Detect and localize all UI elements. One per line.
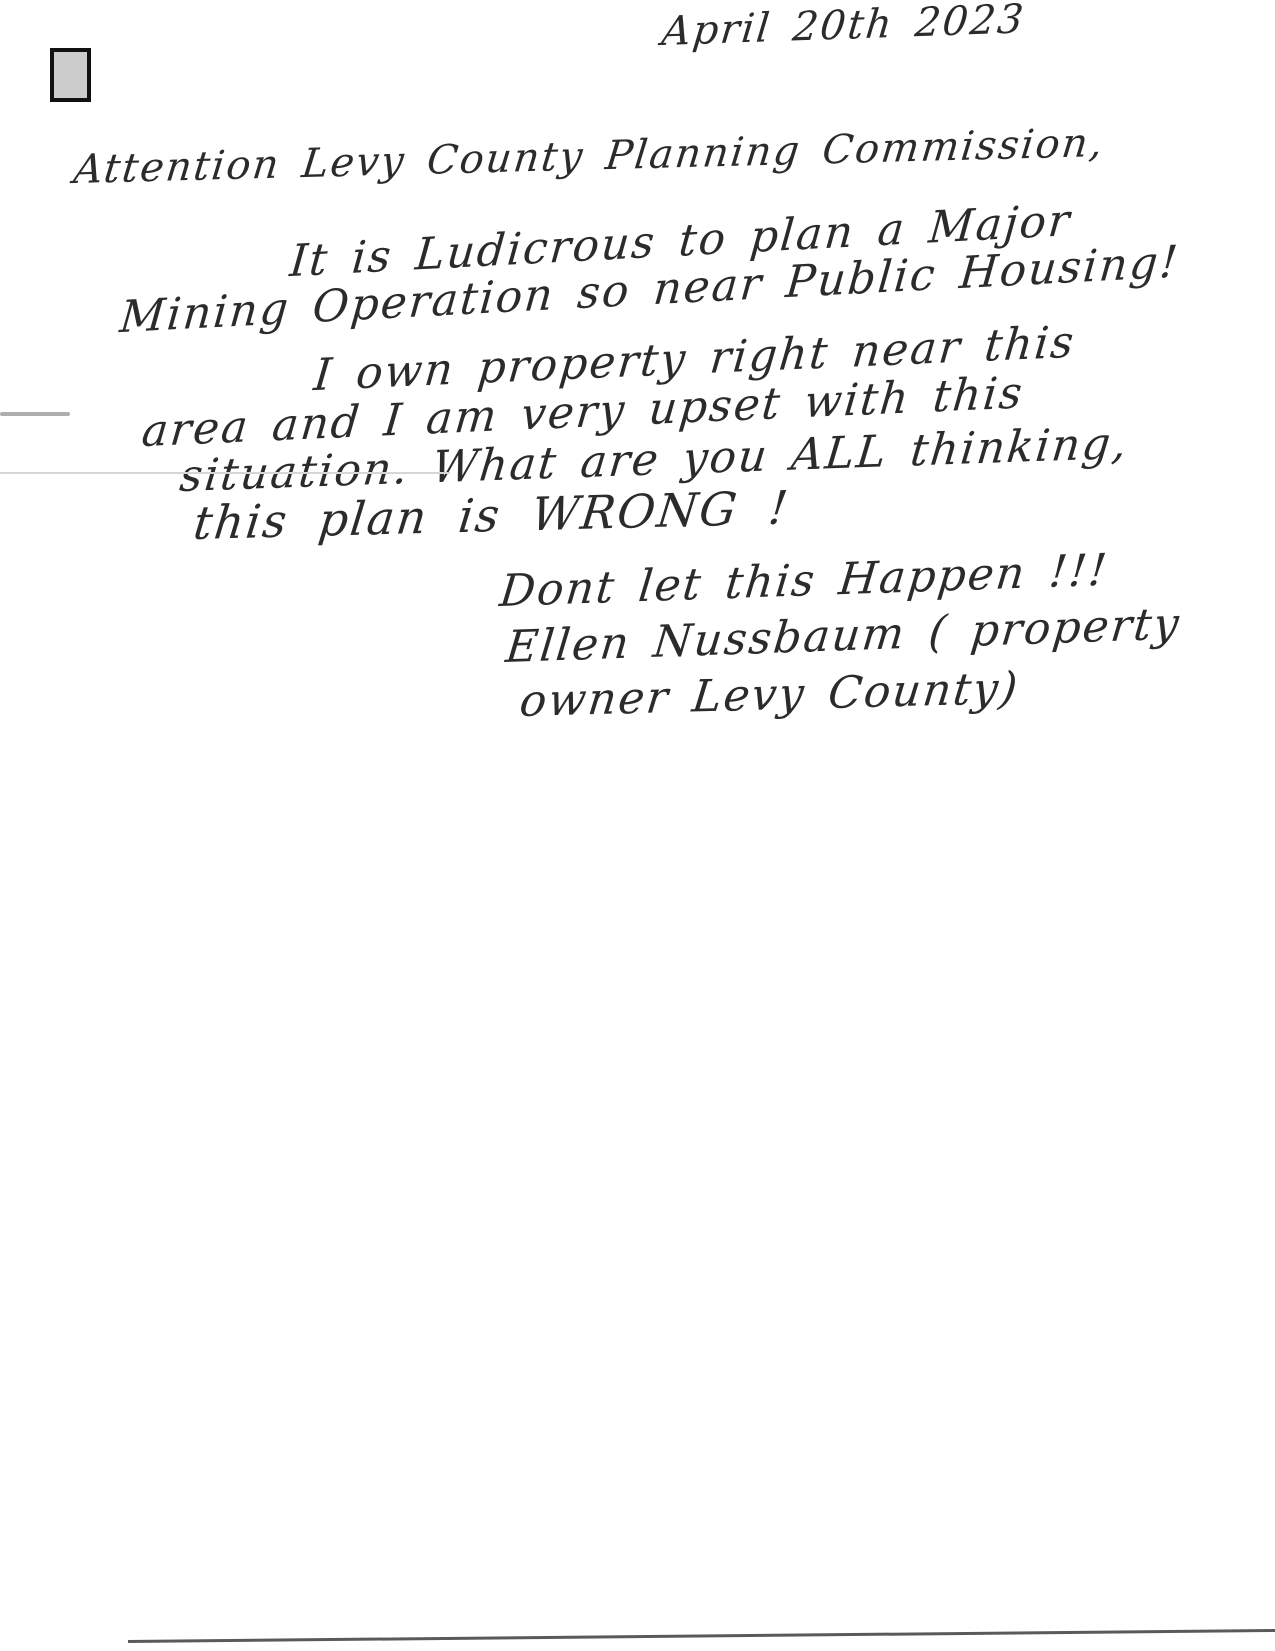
salutation-line: Attention Levy County Planning Commissio…: [72, 123, 1107, 190]
body-line: this plan is WRONG !: [191, 484, 792, 546]
date-line: April 20th 2023: [660, 0, 1027, 52]
signature-line: owner Levy County): [517, 667, 1021, 724]
scan-artifact-box: [50, 48, 91, 102]
scan-bottom-edge-line: [128, 1629, 1275, 1643]
scan-crease-line: [0, 472, 450, 474]
scan-crease-line: [0, 412, 70, 416]
letter-page: April 20th 2023 Attention Levy County Pl…: [0, 0, 1275, 1651]
